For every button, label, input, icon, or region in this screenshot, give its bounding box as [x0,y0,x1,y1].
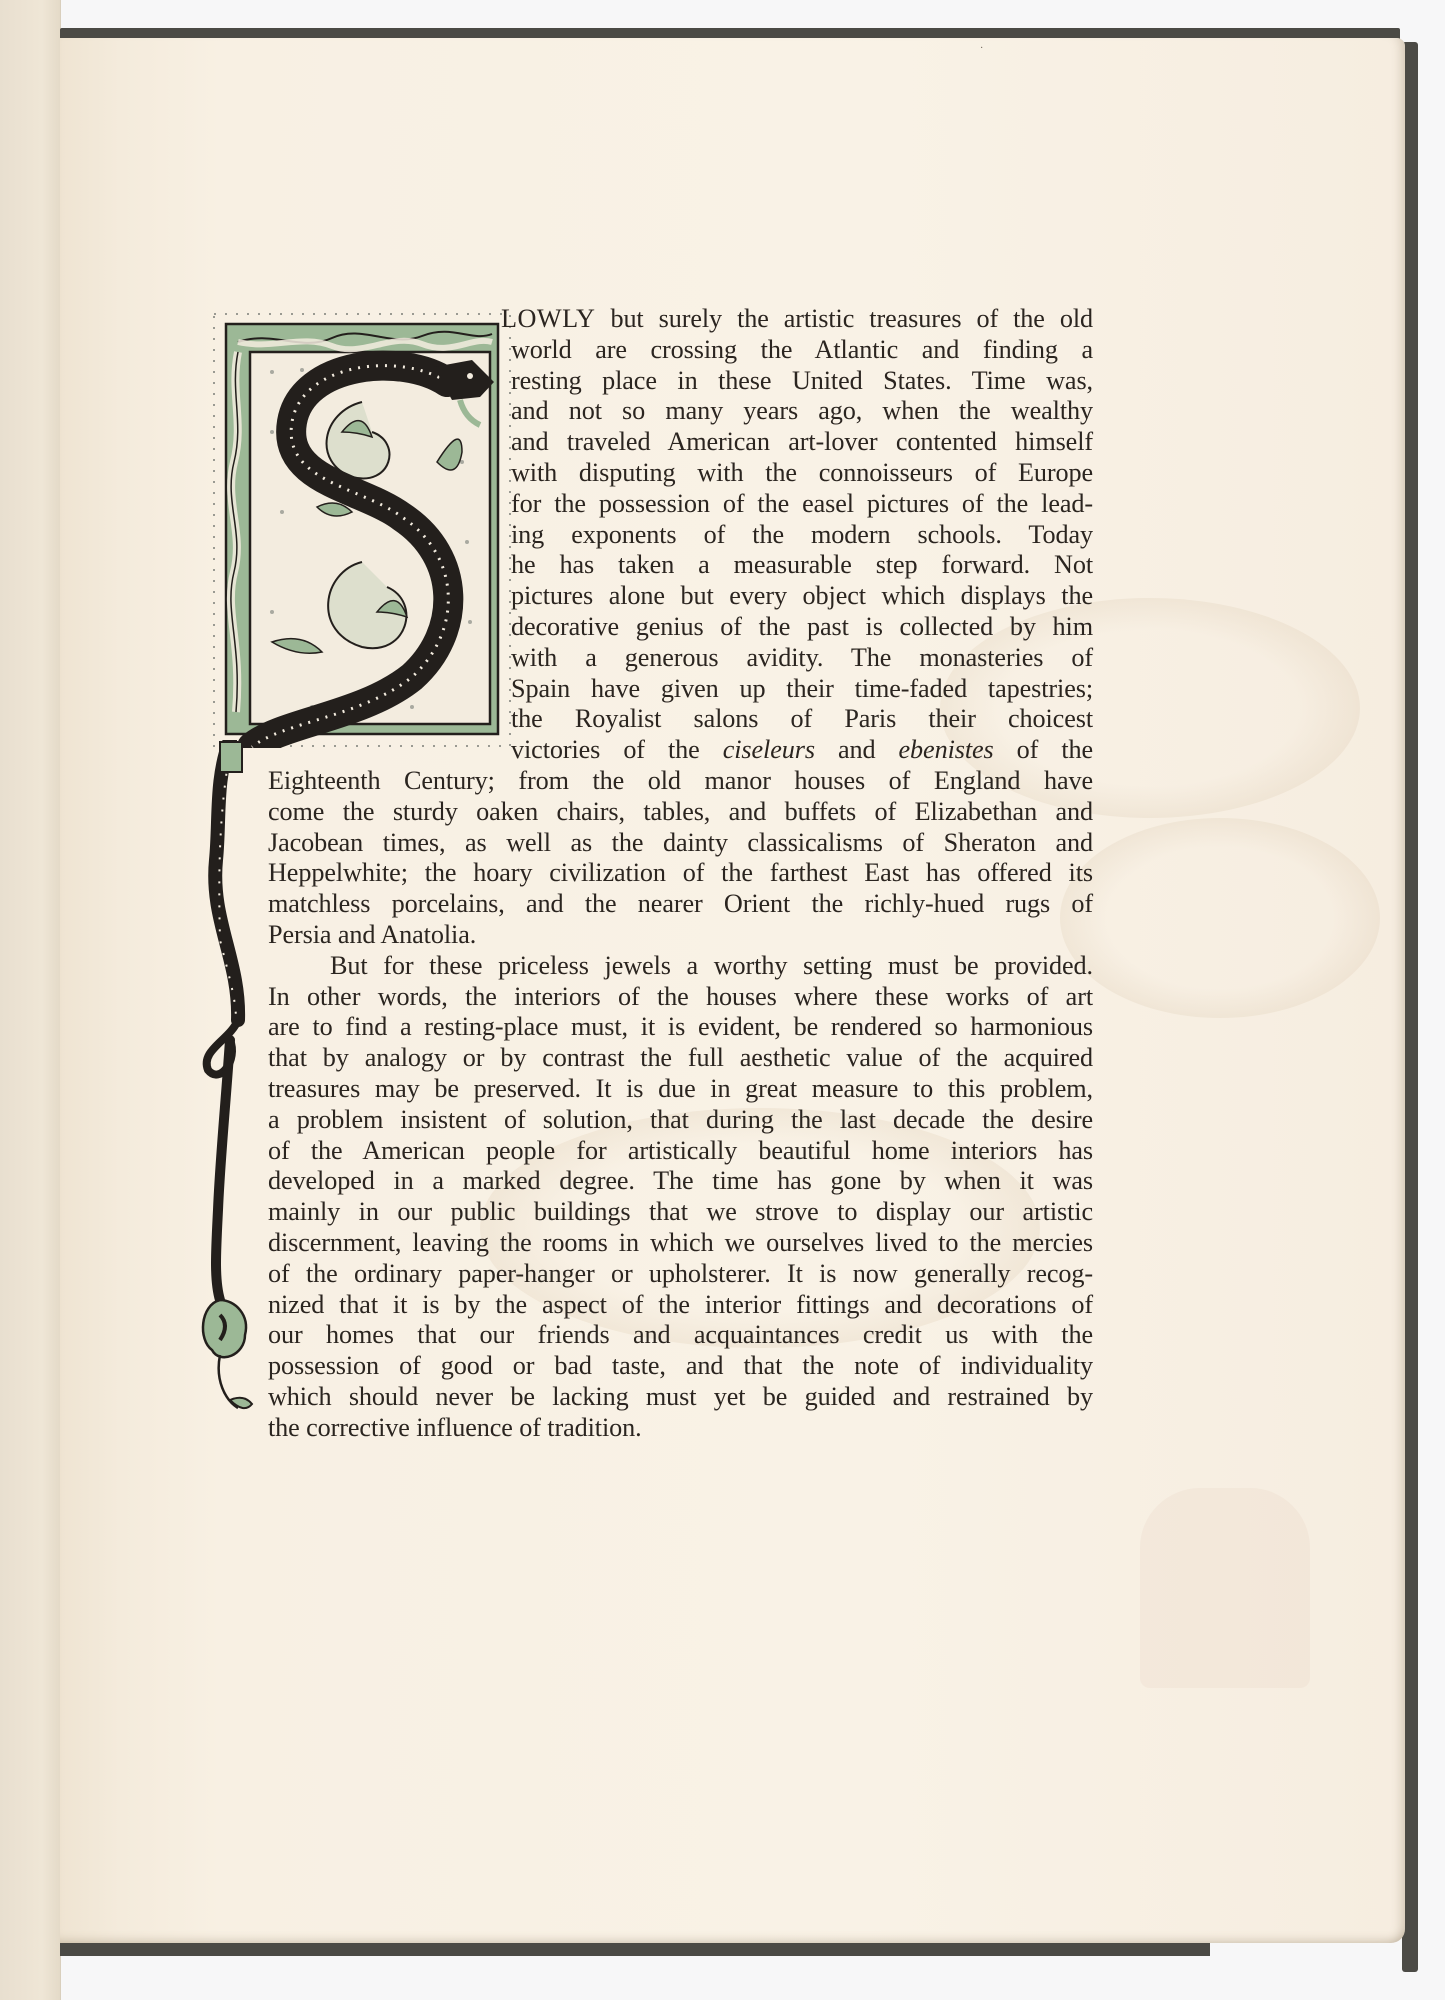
text-line: our homes that our friends and acquainta… [268,1320,1093,1351]
text-segment: victories of the [511,735,723,764]
text-line: are to find a resting-place must, it is … [268,1012,1093,1043]
text-line: and traveled American art-lover contente… [268,427,1093,458]
text-line: Spain have given up their time-faded tap… [268,674,1093,705]
text-line: with a generous avidity. The monasteries… [268,643,1093,674]
text-line: Persia and Anatolia. [268,920,1093,951]
text-line: the Royalist salons of Paris their choic… [268,704,1093,735]
text-line: possession of good or bad taste, and tha… [268,1351,1093,1382]
show-through-illustration [1140,1488,1310,1688]
text-line: mainly in our public buildings that we s… [268,1197,1093,1228]
text-line: a problem insistent of solution, that du… [268,1105,1093,1136]
text-line: But for these priceless jewels a worthy … [268,951,1093,982]
text-line: Heppelwhite; the hoary civilization of t… [268,858,1093,889]
text-segment: and [815,735,899,764]
text-line: resting place in these United States. Ti… [268,366,1093,397]
text-line: nized that it is by the aspect of the in… [268,1290,1093,1321]
text-line: with disputing with the connoisseurs of … [268,458,1093,489]
text-segment: of the [994,735,1093,764]
text-line: Jacobean times, as well as the dainty cl… [268,828,1093,859]
paragraph-2: But for these priceless jewels a worthy … [268,951,1093,1444]
drop-cap-continuation: LOWLY [501,304,595,333]
text-line: matchless porcelains, and the nearer Ori… [268,889,1093,920]
text-line: developed in a marked degree. The time h… [268,1166,1093,1197]
text-line: Eighteenth Century; from the old manor h… [268,766,1093,797]
text-line: pictures alone but every object which di… [268,581,1093,612]
text-line: world are crossing the Atlantic and find… [268,335,1093,366]
text-line: and not so many years ago, when the weal… [268,396,1093,427]
text-line: the corrective influence of tradition. [268,1413,1093,1444]
water-stain [1060,818,1380,1018]
text-line: In other words, the interiors of the hou… [268,982,1093,1013]
body-text: LOWLY but surely the artistic treasures … [268,304,1093,1443]
text-line: come the sturdy oaken chairs, tables, an… [268,797,1093,828]
text-line: LOWLY but surely the artistic treasures … [258,304,1093,335]
text-line: he has taken a measurable step forward. … [268,550,1093,581]
text-line: that by analogy or by contrast the full … [268,1043,1093,1074]
text-segment: but surely the artistic treasures of the… [595,304,1093,333]
facing-page-edge [0,0,61,2000]
text-line: decorative genius of the past is collect… [268,612,1093,643]
page-mark: · [980,43,983,54]
text-line: ing exponents of the modern schools. Tod… [268,520,1093,551]
text-line: of the ordinary paper-hanger or upholste… [268,1259,1093,1290]
italic-term: ebenistes [899,735,994,764]
text-line: which should never be lacking must yet b… [268,1382,1093,1413]
text-line: for the possession of the easel pictures… [268,489,1093,520]
serpent-tail-ornament-icon [190,740,270,1420]
italic-term: ciseleurs [723,735,815,764]
text-line: victories of the ciseleurs and ebenistes… [268,735,1093,766]
paragraph-1: LOWLY but surely the artistic treasures … [268,304,1093,951]
text-line: treasures may be preserved. It is due in… [268,1074,1093,1105]
text-line: of the American people for artistically … [268,1136,1093,1167]
text-line: discernment, leaving the rooms in which … [268,1228,1093,1259]
